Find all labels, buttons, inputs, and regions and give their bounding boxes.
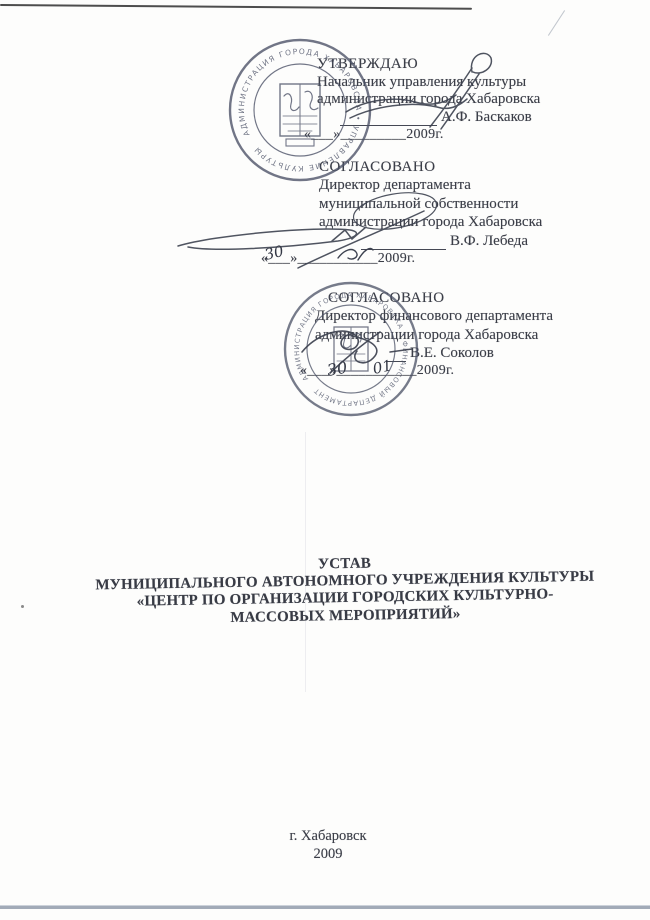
footer-city: г. Хабаровск (0, 827, 650, 845)
signature-rule (386, 348, 406, 362)
date-row: «___»___________2009г. (300, 362, 553, 380)
scan-edge-top (0, 4, 472, 10)
signature-row: В.Ф. Лебеда (319, 232, 542, 250)
approval-line: муниципальной собственности (319, 195, 542, 213)
document-title: УСТАВ МУНИЦИПАЛЬНОГО АВТОНОМНОГО УЧРЕЖДЕ… (39, 551, 650, 630)
approval-line: администрации города Хабаровска (319, 213, 542, 231)
approval-block-approve: УТВЕРЖДАЮ Начальник управления культуры … (317, 56, 540, 144)
scan-speck (21, 605, 24, 608)
approval-block-property: СОГЛАСОВАНО Директор департамента муници… (319, 158, 542, 268)
signature-row: А.Ф. Баскаков (317, 109, 540, 127)
approval-heading: СОГЛАСОВАНО (319, 158, 542, 176)
signature-row: В.Е. Соколов (315, 344, 553, 362)
approval-heading: СОГЛАСОВАНО (328, 289, 553, 307)
signature-rule (340, 112, 437, 126)
approval-line: Директор департамента (319, 176, 542, 194)
approval-line: администрации города Хабаровска (315, 326, 553, 344)
approval-heading: УТВЕРЖДАЮ (317, 56, 540, 74)
approval-line: Начальник управления культуры (317, 74, 540, 92)
signer-name: А.Ф. Баскаков (441, 109, 532, 127)
scan-scratch (548, 10, 565, 36)
signer-name: В.Е. Соколов (410, 344, 494, 362)
scanned-charter-page: УТВЕРЖДАЮ Начальник управления культуры … (0, 0, 650, 920)
signer-name: В.Ф. Лебеда (450, 232, 528, 250)
date-row: «___»_________2009г. (304, 126, 540, 144)
footer-year: 2009 (0, 845, 650, 863)
signature-rule (361, 236, 446, 250)
approval-block-finance: СОГЛАСОВАНО Директор финансового департа… (315, 289, 553, 380)
date-row: «___»___________2009г. (261, 250, 542, 268)
scan-edge-bottom (0, 906, 650, 909)
approval-line: администрации города Хабаровска (317, 91, 540, 109)
approval-line: Директор финансового департамента (315, 307, 553, 325)
footer: г. Хабаровск 2009 (0, 827, 650, 863)
